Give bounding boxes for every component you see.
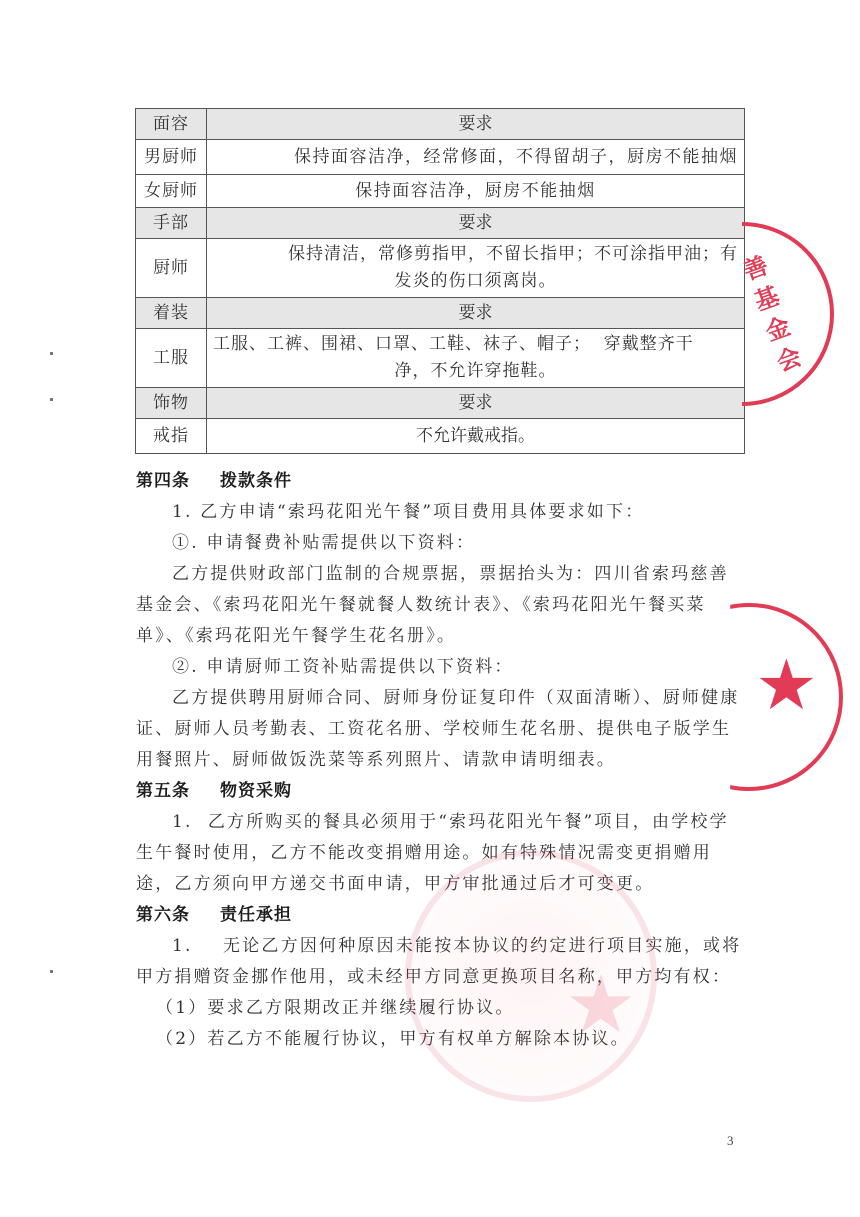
table-section-header: 手部 要求 <box>136 208 745 239</box>
header-cell: 要求 <box>207 298 745 329</box>
scan-mark <box>50 970 53 973</box>
table-row: 女厨师 保持面容洁净，厨房不能抽烟 <box>136 175 745 208</box>
requirement-cell: 保持面容洁净，厨房不能抽烟 <box>207 175 745 208</box>
article-title: 物资采购 <box>220 781 292 801</box>
article-heading: 第四条拨款条件 <box>136 466 746 497</box>
category-cell: 手部 <box>136 208 207 239</box>
table-section-header: 面容 要求 <box>136 109 745 140</box>
requirement-cell: 工服、工裤、围裙、口罩、工鞋、袜子、帽子； 穿戴整齐干 净，不允许穿拖鞋。 <box>207 329 745 388</box>
header-cell: 要求 <box>207 109 745 140</box>
requirement-line: 保持清洁，常修剪指甲，不留长指甲；不可涂指甲油；有 <box>213 241 738 268</box>
role-cell: 工服 <box>136 329 207 388</box>
scan-mark <box>50 398 53 401</box>
requirement-line: 工服、工裤、围裙、口罩、工鞋、袜子、帽子； 穿戴整齐干 <box>213 331 738 358</box>
requirement-cell: 不允许戴戒指。 <box>207 419 745 454</box>
paragraph: ②. 申请厨师工资补贴需提供以下资料： <box>136 652 746 683</box>
article-5: 第五条物资采购 1. 乙方所购买的餐具必须用于“索玛花阳光午餐”项目，由学校学生… <box>136 776 746 900</box>
table-section-header: 着装 要求 <box>136 298 745 329</box>
role-cell: 男厨师 <box>136 140 207 175</box>
document-page: 面容 要求 男厨师 保持面容洁净，经常修面，不得留胡子，厨房不能抽烟 女厨师 保… <box>0 0 860 1217</box>
article-title: 拨款条件 <box>220 471 292 491</box>
article-number: 第五条 <box>136 781 190 801</box>
paragraph: 乙方提供财政部门监制的合规票据，票据抬头为：四川省索玛慈善基金会、《索玛花阳光午… <box>136 559 746 652</box>
faint-seal-star-icon: ★ <box>565 965 637 1045</box>
category-cell: 着装 <box>136 298 207 329</box>
paragraph: ①. 申请餐费补贴需提供以下资料： <box>136 528 746 559</box>
scan-mark <box>50 352 53 355</box>
category-cell: 面容 <box>136 109 207 140</box>
seal-star-icon: ★ <box>755 650 818 720</box>
requirement-cell: 保持清洁，常修剪指甲，不留长指甲；不可涂指甲油；有 发炎的伤口须离岗。 <box>207 239 745 298</box>
header-cell: 要求 <box>207 208 745 239</box>
table-row: 厨师 保持清洁，常修剪指甲，不留长指甲；不可涂指甲油；有 发炎的伤口须离岗。 <box>136 239 745 298</box>
page-number: 3 <box>727 1133 734 1149</box>
table-section-header: 饰物 要求 <box>136 388 745 419</box>
role-cell: 女厨师 <box>136 175 207 208</box>
hygiene-requirements-table: 面容 要求 男厨师 保持面容洁净，经常修面，不得留胡子，厨房不能抽烟 女厨师 保… <box>135 108 745 454</box>
article-number: 第四条 <box>136 471 190 491</box>
role-cell: 戒指 <box>136 419 207 454</box>
article-number: 第六条 <box>136 905 190 925</box>
article-heading: 第五条物资采购 <box>136 776 746 807</box>
requirement-cell: 保持面容洁净，经常修面，不得留胡子，厨房不能抽烟 <box>207 140 745 175</box>
table-row: 工服 工服、工裤、围裙、口罩、工鞋、袜子、帽子； 穿戴整齐干 净，不允许穿拖鞋。 <box>136 329 745 388</box>
requirement-line: 发炎的伤口须离岗。 <box>213 268 738 295</box>
article-4: 第四条拨款条件 1. 乙方申请“索玛花阳光午餐”项目费用具体要求如下： ①. 申… <box>136 466 746 776</box>
paragraph: 乙方提供聘用厨师合同、厨师身份证复印件（双面清晰）、厨师健康证、厨师人员考勤表、… <box>136 683 746 776</box>
table-row: 戒指 不允许戴戒指。 <box>136 419 745 454</box>
category-cell: 饰物 <box>136 388 207 419</box>
paragraph: 1. 乙方申请“索玛花阳光午餐”项目费用具体要求如下： <box>136 497 746 528</box>
article-title: 责任承担 <box>220 905 292 925</box>
header-cell: 要求 <box>207 388 745 419</box>
table-row: 男厨师 保持面容洁净，经常修面，不得留胡子，厨房不能抽烟 <box>136 140 745 175</box>
role-cell: 厨师 <box>136 239 207 298</box>
requirement-line: 净，不允许穿拖鞋。 <box>213 358 738 385</box>
